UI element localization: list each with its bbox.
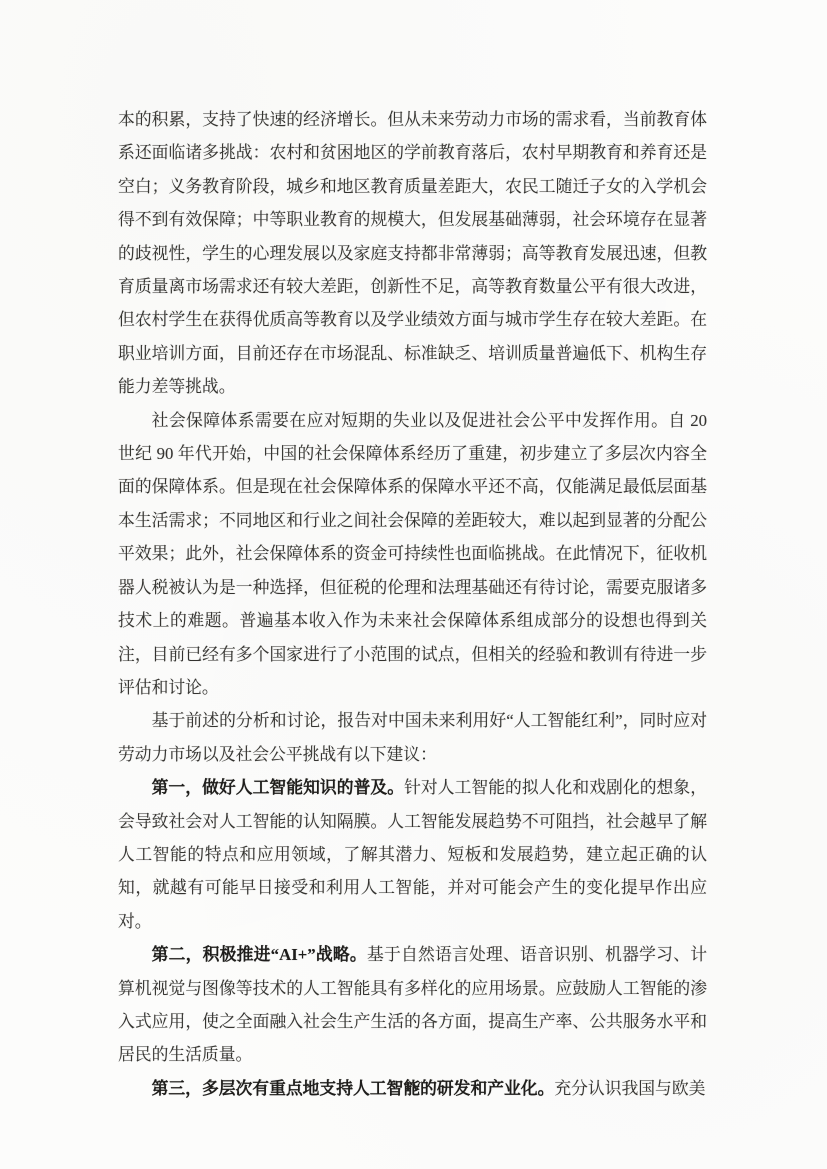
paragraph-text: 本的积累，支持了快速的经济增长。但从未来劳动力市场的需求看，当前教育体系还面临诸… [118,110,707,396]
recommendation-2-heading: 第二，积极推进“AI+”战略。 [152,945,367,964]
recommendation-1-heading: 第一，做好人工智能知识的普及。 [152,778,404,797]
document-page: 本的积累，支持了快速的经济增长。但从未来劳动力市场的需求看，当前教育体系还面临诸… [0,0,827,1169]
paragraph-recommendation-2: 第二，积极推进“AI+”战略。基于自然语言处理、语音识别、机器学习、计算机视觉与… [118,938,707,1072]
paragraph-education-challenges: 本的积累，支持了快速的经济增长。但从未来劳动力市场的需求看，当前教育体系还面临诸… [118,103,707,404]
page-footer: IV [0,1078,827,1096]
page-number: IV [405,1080,422,1095]
text-block: 本的积累，支持了快速的经济增长。但从未来劳动力市场的需求看，当前教育体系还面临诸… [118,103,707,1105]
paragraph-recommendations-intro: 基于前述的分析和讨论，报告对中国未来利用好“人工智能红利”，同时应对劳动力市场以… [118,704,707,771]
paragraph-text: 社会保障体系需要在应对短期的失业以及促进社会公平中发挥作用。自 20 世纪 90… [118,411,707,697]
paragraph-text: 基于前述的分析和讨论，报告对中国未来利用好“人工智能红利”，同时应对劳动力市场以… [118,711,707,763]
paragraph-recommendation-1: 第一，做好人工智能知识的普及。针对人工智能的拟人化和戏剧化的想象，会导致社会对人… [118,771,707,938]
paragraph-social-security: 社会保障体系需要在应对短期的失业以及促进社会公平中发挥作用。自 20 世纪 90… [118,404,707,705]
paragraph-text: 针对人工智能的拟人化和戏剧化的想象，会导致社会对人工智能的认知隔膜。人工智能发展… [118,778,707,931]
